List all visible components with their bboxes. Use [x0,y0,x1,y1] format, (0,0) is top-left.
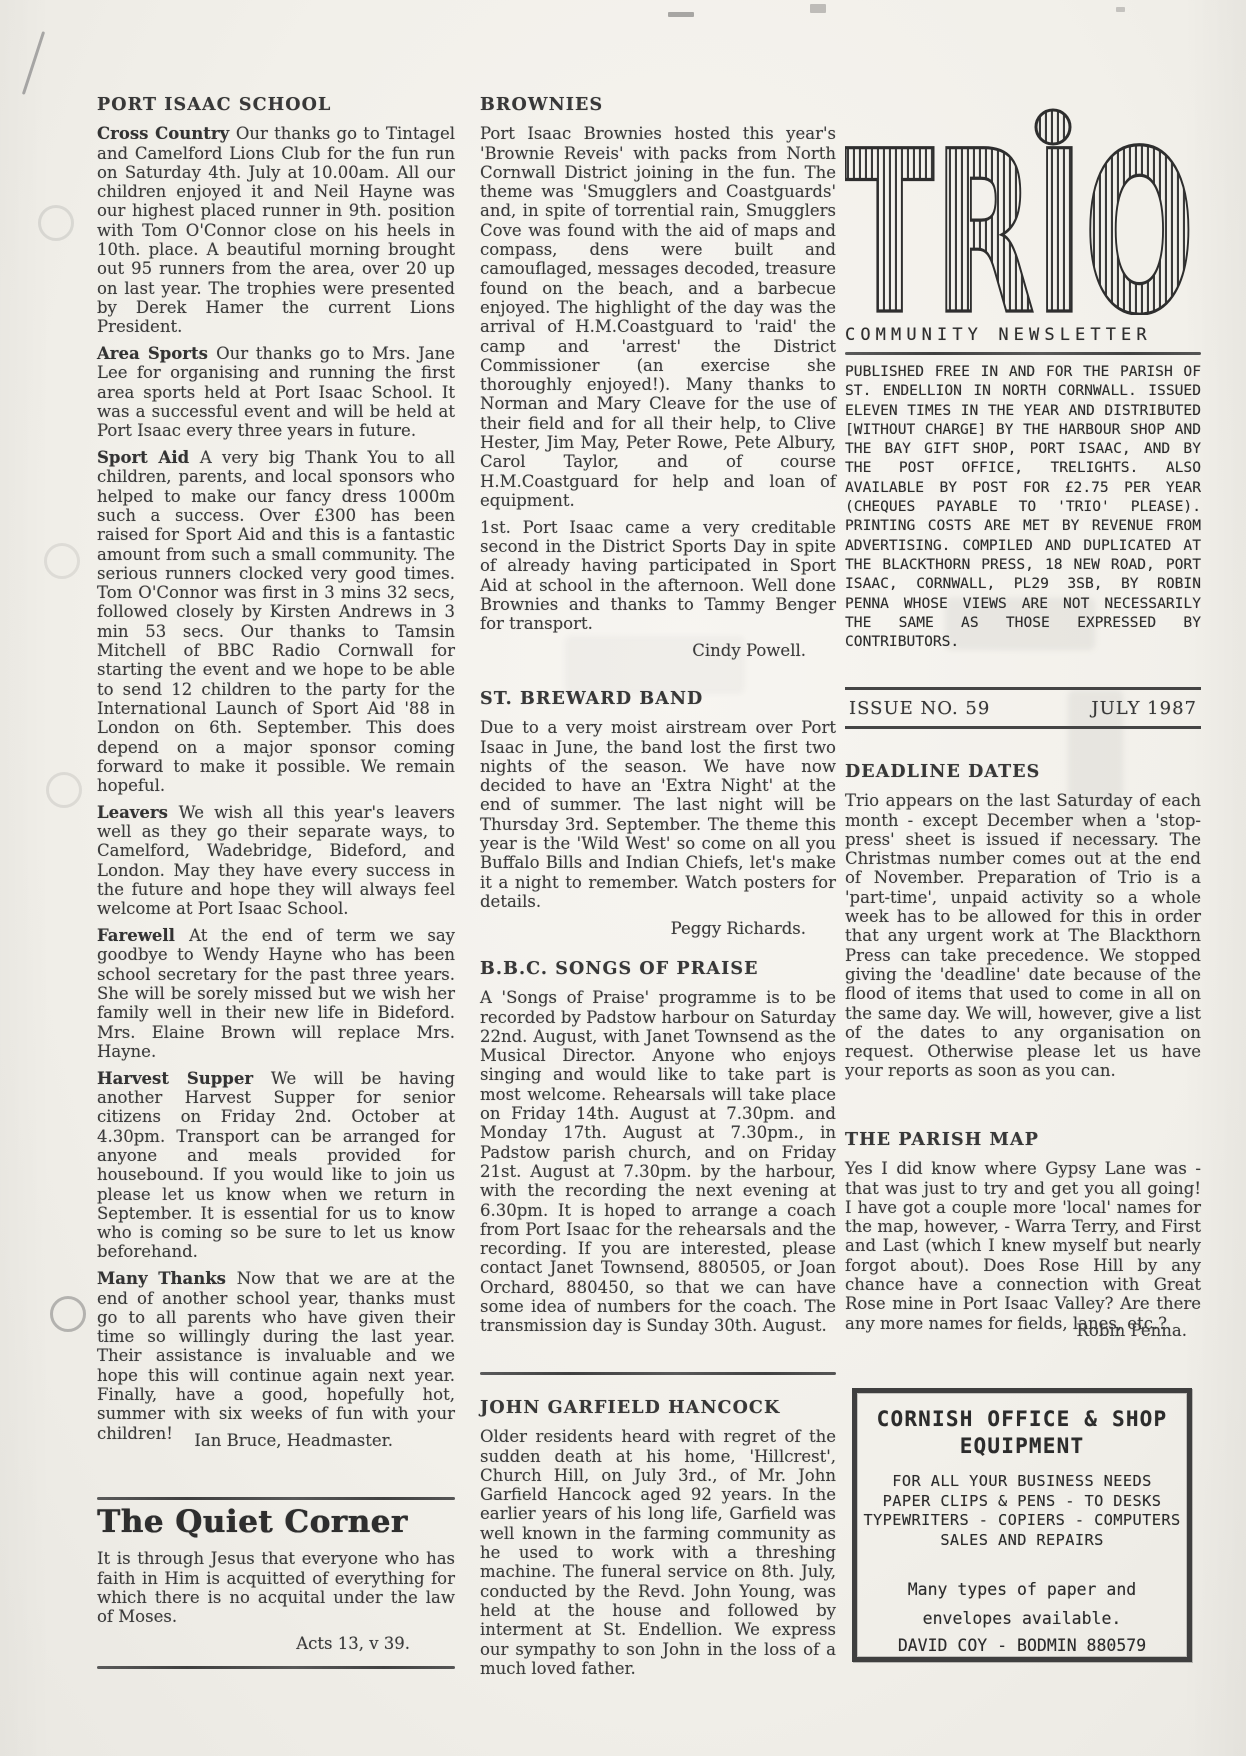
punch-hole-mark [44,543,80,579]
deadline-dates-text: Trio appears on the last Saturday of eac… [845,791,1201,1080]
article-heading-st-breward-band: ST. BREWARD BAND [480,690,836,709]
advert-line: PAPER CLIPS & PENS - TO DESKS [857,1492,1187,1512]
article-heading-parish-map: THE PARISH MAP [845,1131,1201,1150]
article-brownies: BROWNIESPort Isaac Brownies hosted this … [480,96,836,670]
scan-mark [1116,7,1125,12]
article-paragraph: Older residents heard with regret of the… [480,1427,836,1678]
masthead-text: PUBLISHED FREE IN AND FOR THE PARISH OF … [845,362,1201,651]
article-paragraph: Area Sports Our thanks go to Mrs. Jane L… [97,344,455,440]
parish-map-section: THE PARISH MAP Yes I did know where Gyps… [845,1131,1201,1340]
issue-row: ISSUE NO. 59 JULY 1987 [845,687,1201,729]
section-divider [97,1497,455,1500]
advert-contact: DAVID COY - BODMIN 880579 [857,1636,1187,1655]
newsletter-subtitle: COMMUNITY NEWSLETTER [845,326,1201,345]
advert-title-line2: EQUIPMENT [857,1433,1187,1460]
advert-line: TYPEWRITERS - COPIERS - COMPUTERS [857,1511,1187,1531]
scan-mark [668,12,694,17]
article-signature: Cindy Powell. [480,641,836,660]
paragraph-lead: Many Thanks [97,1269,237,1288]
section-divider [97,1666,455,1669]
pen-mark [22,31,45,95]
deadline-dates-section: DEADLINE DATES Trio appears on the last … [845,763,1201,1088]
article-heading-john-garfield-hancock: JOHN GARFIELD HANCOCK [480,1399,836,1418]
newsletter-page: PORT ISAAC SCHOOL Cross Country Our than… [0,0,1246,1756]
advert-extra: Many types of paper andenvelopes availab… [857,1575,1187,1633]
paragraph-lead: Area Sports [97,344,216,363]
section-divider [845,352,1201,355]
advert-line: Many types of paper and [857,1575,1187,1604]
paragraph-lead: Leavers [97,803,179,822]
article-heading-bbc-songs-of-praise: B.B.C. SONGS OF PRAISE [480,960,836,979]
advert-title-line1: CORNISH OFFICE & SHOP [857,1406,1187,1433]
article-bbc-songs-of-praise: B.B.C. SONGS OF PRAISEA 'Songs of Praise… [480,960,836,1343]
quiet-corner-heading: The Quiet Corner [97,1513,455,1532]
paragraph-lead: Farewell [97,926,189,945]
quiet-corner-section: The Quiet Corner It is through Jesus tha… [97,1497,455,1669]
article-paragraph: Port Isaac Brownies hosted this year's '… [480,124,836,510]
article-paragraph: Due to a very moist airstream over Port … [480,718,836,911]
issue-number: ISSUE NO. 59 [849,699,990,718]
paragraph-lead: Harvest Supper [97,1069,271,1088]
article-st-breward-band: ST. BREWARD BANDDue to a very moist airs… [480,690,836,948]
article-paragraph: Many Thanks Now that we are at the end o… [97,1269,455,1443]
advert-line: FOR ALL YOUR BUSINESS NEEDS [857,1472,1187,1492]
punch-hole-mark [46,772,82,808]
punch-hole-mark [50,1296,86,1332]
left-column: PORT ISAAC SCHOOL Cross Country Our than… [97,88,455,1450]
article-heading-brownies: BROWNIES [480,96,836,115]
article-paragraph: Cross Country Our thanks go to Tintagel … [97,124,455,336]
quiet-corner-text: It is through Jesus that everyone who ha… [97,1549,455,1626]
issue-date: JULY 1987 [1091,699,1197,718]
paragraph-lead: Cross Country [97,124,236,143]
article-paragraph: 1st. Port Isaac came a very creditable s… [480,518,836,634]
article-paragraph: Farewell At the end of term we say goodb… [97,926,455,1061]
article-john-garfield-hancock: JOHN GARFIELD HANCOCKOlder residents hea… [480,1372,836,1686]
quiet-corner-citation: Acts 13, v 39. [97,1634,455,1653]
article-paragraph: Leavers We wish all this year's leavers … [97,803,455,919]
scan-mark [810,4,826,13]
trio-logo: TRIO [845,105,1200,315]
article-heading-port-isaac-school: PORT ISAAC SCHOOL [97,96,455,115]
advert-line: envelopes available. [857,1604,1187,1633]
school-article-body: Cross Country Our thanks go to Tintagel … [97,124,455,1443]
advert-box: CORNISH OFFICE & SHOP EQUIPMENT FOR ALL … [852,1388,1192,1662]
article-paragraph: Sport Aid A very big Thank You to all ch… [97,448,455,795]
logo-letters: TRIO [845,105,1195,315]
advert-line: SALES AND REPAIRS [857,1531,1187,1551]
advert-services: FOR ALL YOUR BUSINESS NEEDSPAPER CLIPS &… [857,1472,1187,1550]
punch-hole-mark [38,205,74,241]
section-divider [480,1372,836,1375]
advert-title: CORNISH OFFICE & SHOP EQUIPMENT [857,1406,1187,1460]
paragraph-lead: Sport Aid [97,448,200,467]
article-paragraph: A 'Songs of Praise' programme is to be r… [480,988,836,1335]
article-heading-deadline-dates: DEADLINE DATES [845,763,1201,782]
article-signature: Peggy Richards. [480,919,836,938]
article-paragraph: Harvest Supper We will be having another… [97,1069,455,1262]
parish-map-text: Yes I did know where Gypsy Lane was - th… [845,1159,1201,1333]
